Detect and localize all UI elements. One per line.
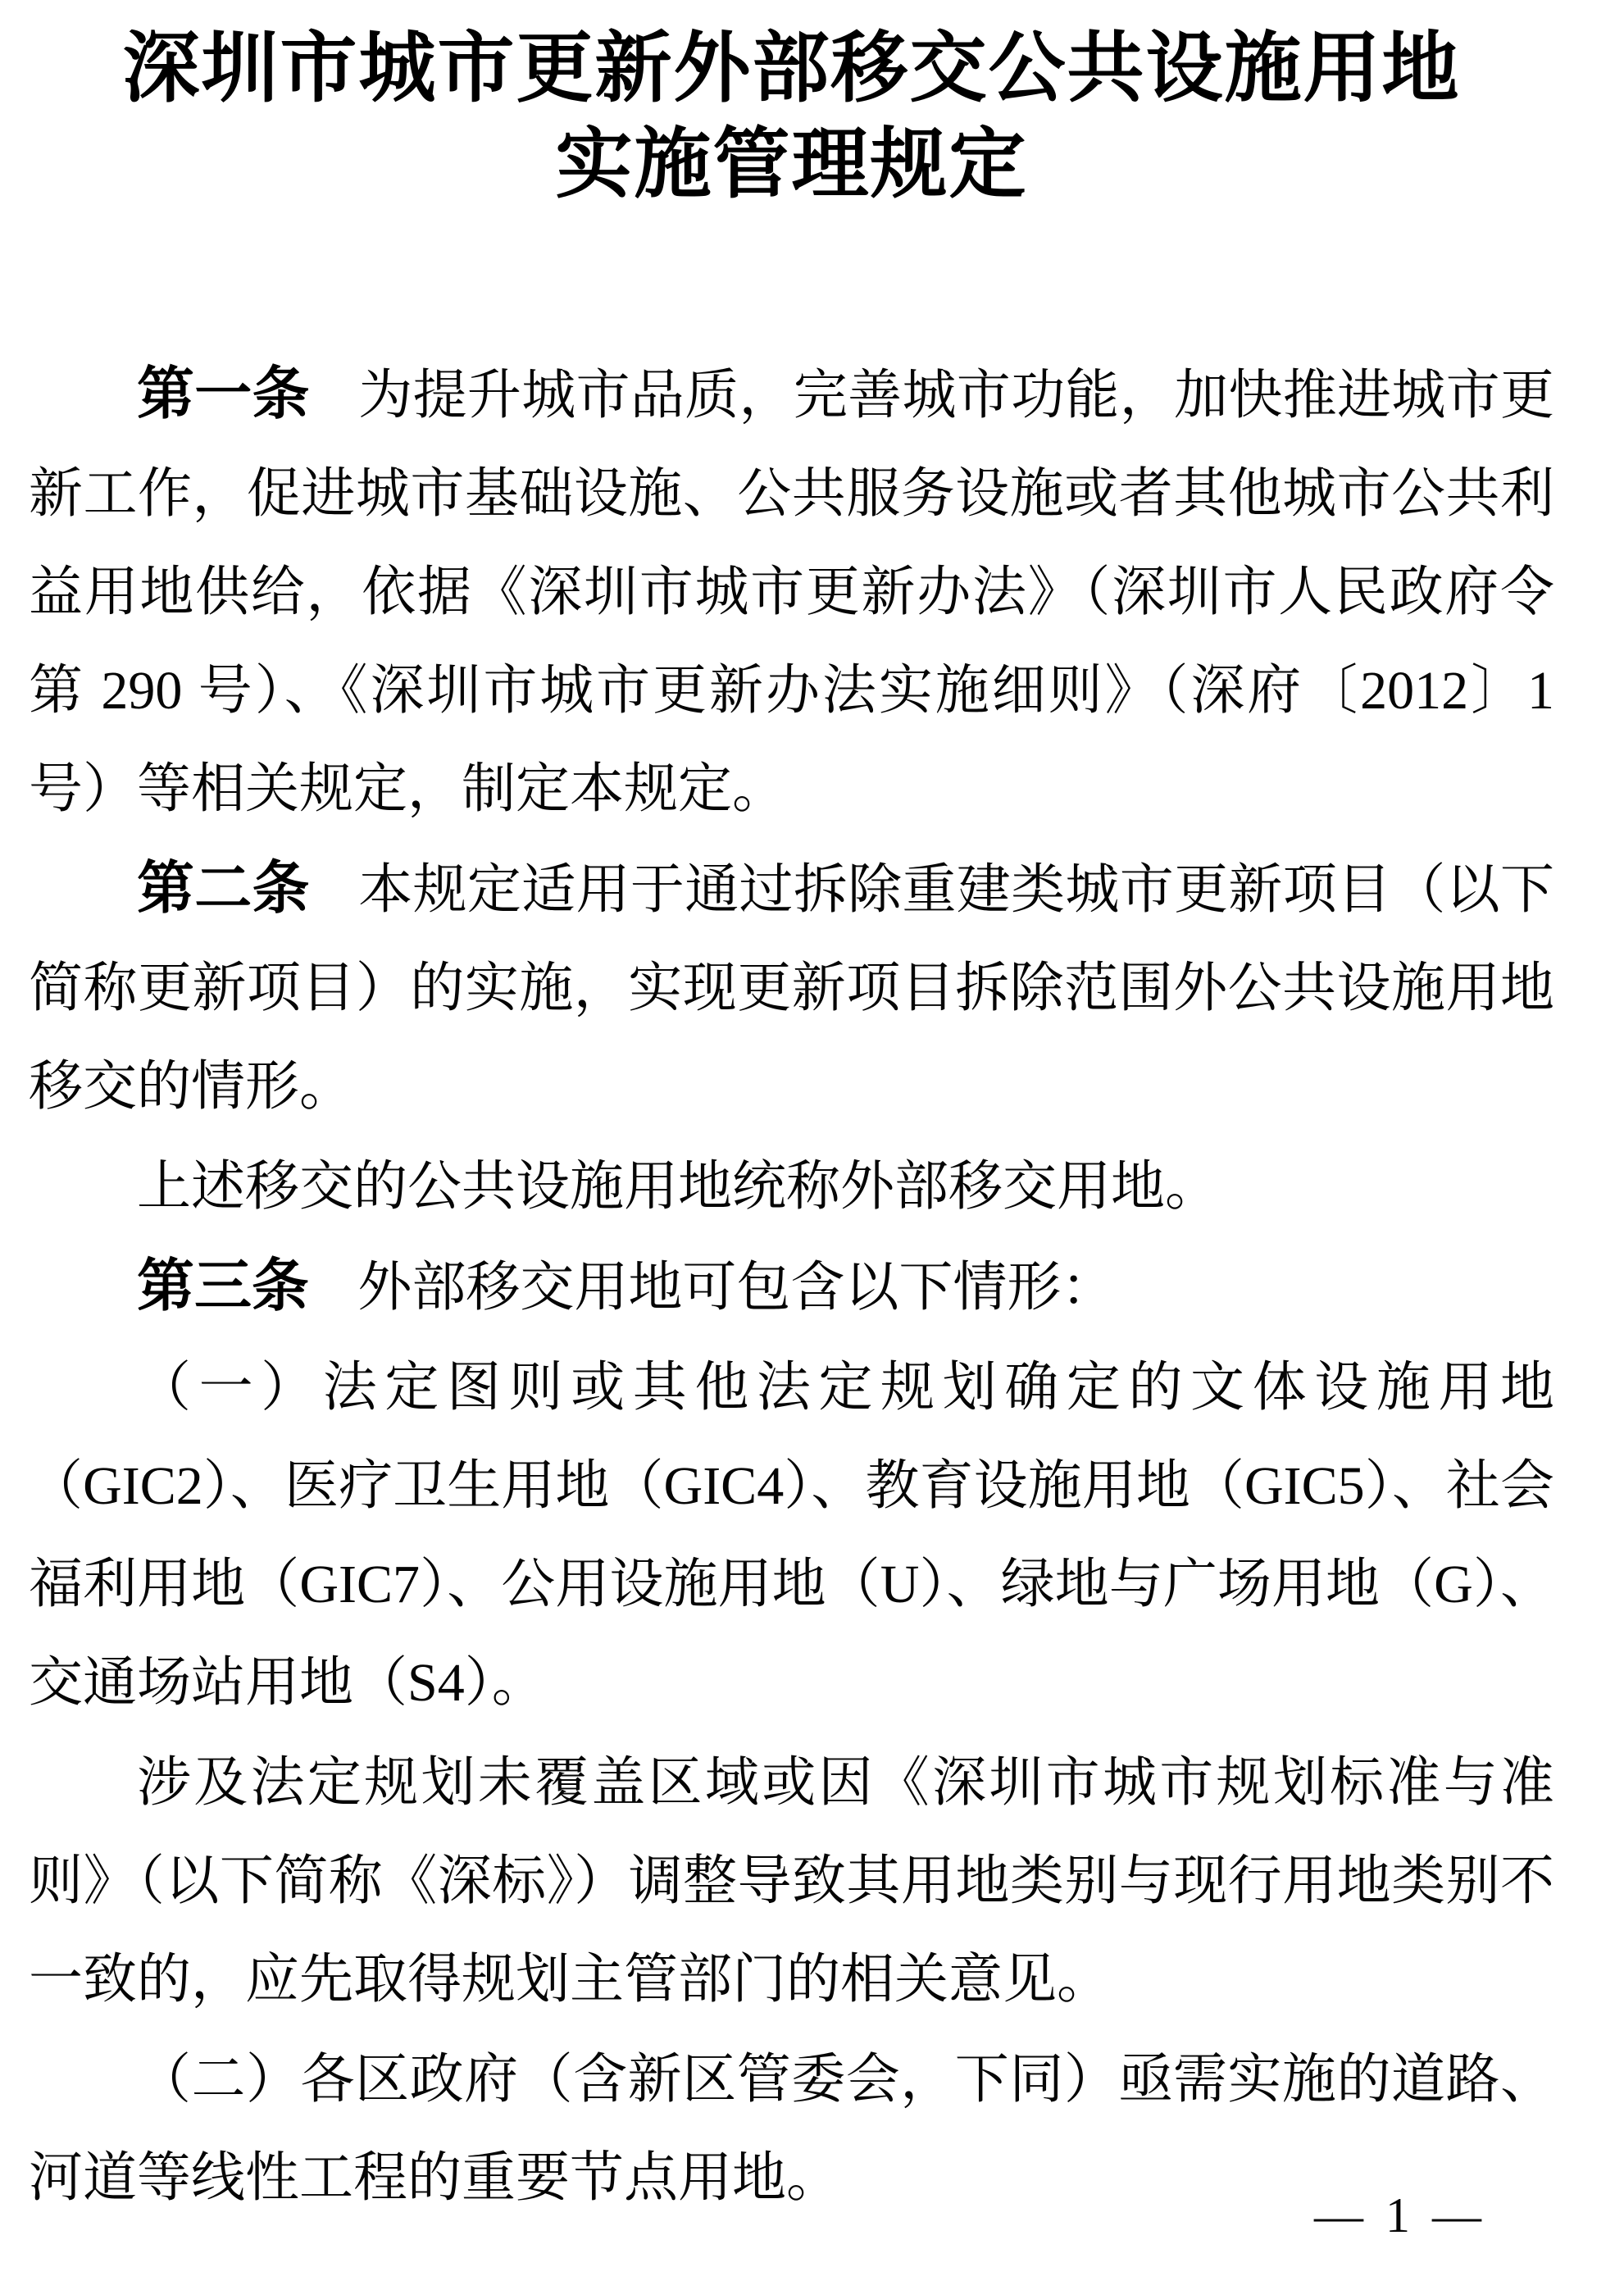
article-3-text: 外部移交用地可包含以下情形： bbox=[357, 1258, 1115, 1318]
document-page: 深圳市城市更新外部移交公共设施用地 实施管理规定 第一条为提升城市品质，完善城市… bbox=[0, 0, 1624, 2290]
article-3-number: 第三条 bbox=[137, 1254, 309, 1318]
paragraph-article-2: 第二条本规定适用于通过拆除重建类城市更新项目（以下简称更新项目）的实施，实现更新… bbox=[29, 839, 1554, 1136]
article-1-number: 第一条 bbox=[137, 362, 310, 426]
paragraph-article-3-item-1: （一）法定图则或其他法定规划确定的文体设施用地（GIC2）、医疗卫生用地（GIC… bbox=[29, 1337, 1554, 1732]
document-title-line-1: 深圳市城市更新外部移交公共设施用地 bbox=[29, 20, 1554, 116]
document-title-line-2: 实施管理规定 bbox=[29, 116, 1554, 212]
article-2-number: 第二条 bbox=[137, 856, 310, 920]
page-number-text: — 1 — bbox=[1314, 2188, 1486, 2242]
paragraph-article-3: 第三条外部移交用地可包含以下情形： bbox=[29, 1236, 1554, 1337]
paragraph-article-3-item-1-note: 涉及法定规划未覆盖区域或因《深圳市城市规划标准与准则》（以下简称《深标》）调整导… bbox=[29, 1732, 1554, 2029]
article-1-text: 为提升城市品质，完善城市功能，加快推进城市更新工作，促进城市基础设施、公共服务设… bbox=[29, 366, 1554, 819]
document-body: 第一条为提升城市品质，完善城市功能，加快推进城市更新工作，促进城市基础设施、公共… bbox=[29, 344, 1554, 2228]
article-3-item-1-note-text: 涉及法定规划未覆盖区域或因《深圳市城市规划标准与准则》（以下简称《深标》）调整导… bbox=[29, 1753, 1554, 2010]
page-number: — 1 — bbox=[1314, 2191, 1486, 2240]
article-2-note-text: 上述移交的公共设施用地统称外部移交用地。 bbox=[137, 1157, 1219, 1217]
article-3-item-2-text: （二）各区政府（含新区管委会，下同）亟需实施的道路、河道等线性工程的重要节点用地… bbox=[29, 2050, 1554, 2208]
paragraph-article-1: 第一条为提升城市品质，完善城市功能，加快推进城市更新工作，促进城市基础设施、公共… bbox=[29, 344, 1554, 839]
document-title: 深圳市城市更新外部移交公共设施用地 实施管理规定 bbox=[29, 20, 1554, 212]
article-3-item-1-text: （一）法定图则或其他法定规划确定的文体设施用地（GIC2）、医疗卫生用地（GIC… bbox=[29, 1358, 1554, 1713]
paragraph-article-2-note: 上述移交的公共设施用地统称外部移交用地。 bbox=[29, 1136, 1554, 1236]
